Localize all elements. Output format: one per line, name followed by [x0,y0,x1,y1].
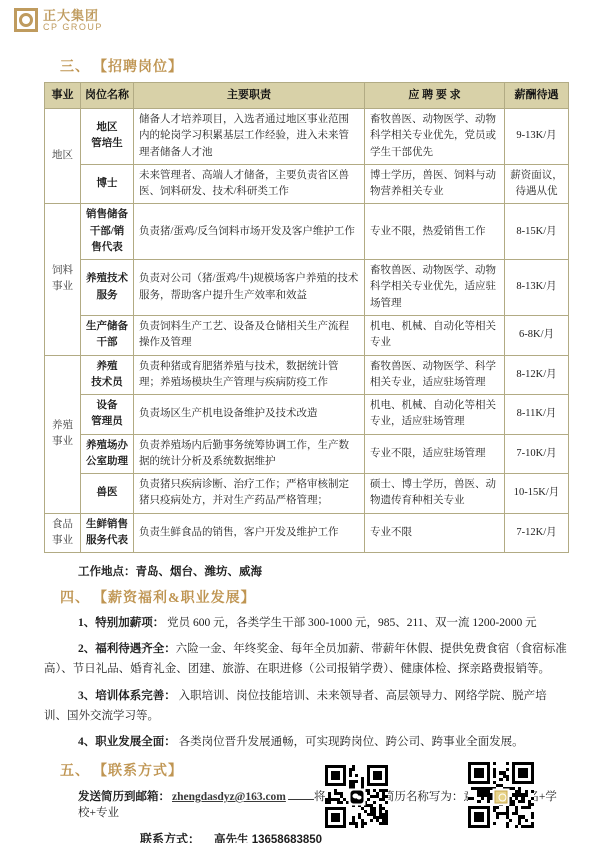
table-row: 兽医 负责猪只疾病诊断、治疗工作；严格审核制定猪只疫病处方，并对生产药品严格管理… [45,474,569,514]
salary-cell: 8-11K/月 [505,395,569,435]
table-row: 食品 事业 生鲜销售 服务代表 负责生鲜食品的销售，客户开发及维护工作 专业不限… [45,513,569,553]
duty-cell: 负责饲料生产工艺、设备及仓储相关生产流程操作及管理 [134,315,365,355]
position-cell: 养殖 技术员 [81,355,134,395]
duty-cell: 负责场区生产机电设备维护及技术改造 [134,395,365,435]
salary-cell: 6-8K/月 [505,315,569,355]
section-number: 三、 [60,60,90,75]
requirement-cell: 机电、机械、自动化等相关专业 [365,315,505,355]
duty-cell: 负责猪/蛋鸡/反刍饲料市场开发及客户维护工作 [134,204,365,260]
col-header-position: 岗位名称 [81,83,134,109]
table-header-row: 事业 岗位名称 主要职责 应 聘 要 求 薪酬待遇 [45,83,569,109]
cp-logo-icon [495,791,508,804]
wechat-icon [350,790,363,803]
position-cell: 博士 [81,164,134,204]
table-row: 地区 地区 管培生 储备人才培养项目，入选者通过地区事业范围内的轮岗学习积累基层… [45,109,569,165]
requirement-cell: 硕士、博士学历，兽医、动物遗传育种相关专业 [365,474,505,514]
section-number: 四、 [60,591,90,606]
section-title: 【招聘岗位】 [100,60,183,75]
requirement-cell: 专业不限，适应驻场管理 [365,434,505,474]
requirement-cell: 畜牧兽医、动物医学、科学相关专业，适应驻场管理 [365,355,505,395]
section-title: 【联系方式】 [100,764,183,779]
phone-label: 联系方式： [140,832,200,843]
benefit-text: 各类岗位晋升发展通畅，可实现跨岗位、跨公司、跨事业全面发展。 [179,736,524,748]
position-cell: 兽医 [81,474,134,514]
duty-cell: 负责猪只疾病诊断、治疗工作；严格审核制定猪只疫病处方，并对生产药品严格管理； [134,474,365,514]
salary-cell: 7-10K/月 [505,434,569,474]
benefit-lead: 4、职业发展全面： [78,736,176,748]
benefit-item-3: 3、培训体系完善： 入职培训、岗位技能培训、未来领导者、高层领导力、网络学院、脱… [44,686,568,726]
wechat-qr-code [325,765,388,828]
requirement-cell: 博士学历，兽医、饲料与动物营养相关专业 [365,164,505,204]
requirement-cell: 专业不限 [365,513,505,553]
position-cell: 生产储备 干部 [81,315,134,355]
position-cell: 生鲜销售 服务代表 [81,513,134,553]
requirement-cell: 畜牧兽医、动物医学、动物科学相关专业优先，党员或学生干部优先 [365,109,505,165]
table-row: 养殖场办 公室助理 负责养殖场内后勤事务统筹协调工作，生产数据的统计分析及系统数… [45,434,569,474]
recruitment-flyer-page: 正大集团 CP GROUP 三、【招聘岗位】 事业 岗位名称 主要职责 应 聘 … [0,0,612,843]
col-header-business: 事业 [45,83,81,109]
requirement-cell: 专业不限，热爱销售工作 [365,204,505,260]
workplace-line: 工作地点：青岛、烟台、潍坊、威海 [78,563,568,579]
position-cell: 养殖场办 公室助理 [81,434,134,474]
table-row: 设备 管理员 负责场区生产机电设备维护及技术改造 机电、机械、自动化等相关专业，… [45,395,569,435]
section-heading-recruit: 三、【招聘岗位】 [60,56,568,76]
salary-cell: 10-15K/月 [505,474,569,514]
benefit-lead: 2、福利待遇齐全： [78,643,176,655]
email-underline-pad [288,788,314,800]
col-header-requirement: 应 聘 要 求 [365,83,505,109]
cp-group-logo: 正大集团 CP GROUP [14,8,103,32]
section-title: 【薪资福利&职业发展】 [100,591,256,606]
benefit-text: 党员 600 元，各类学生干部 300-1000 元，985、211、双一流 1… [167,617,536,629]
duty-cell: 储备人才培养项目，入选者通过地区事业范围内的轮岗学习积累基层工作经验，进入未来管… [134,109,365,165]
col-header-duty: 主要职责 [134,83,365,109]
position-cell: 设备 管理员 [81,395,134,435]
position-cell: 销售储备 干部/销 售代表 [81,204,134,260]
business-cell: 养殖 事业 [45,355,81,513]
table-row: 生产储备 干部 负责饲料生产工艺、设备及仓储相关生产流程操作及管理 机电、机械、… [45,315,569,355]
business-cell: 食品 事业 [45,513,81,553]
duty-cell: 未来管理者、高端人才储备，主要负责省区兽医、饲料研发、技术/科研类工作 [134,164,365,204]
email-label: 发送简历到邮箱： [78,791,170,803]
phone-value: 高先生 13658683850 [214,834,322,843]
salary-cell: 8-13K/月 [505,260,569,316]
salary-cell: 9-13K/月 [505,109,569,165]
requirement-cell: 畜牧兽医、动物医学、动物科学相关专业优先，适应驻场管理 [365,260,505,316]
col-header-salary: 薪酬待遇 [505,83,569,109]
section-number: 五、 [60,764,90,779]
duty-cell: 负责生鲜食品的销售，客户开发及维护工作 [134,513,365,553]
table-row: 饲料 事业 销售储备 干部/销 售代表 负责猪/蛋鸡/反刍饲料市场开发及客户维护… [45,204,569,260]
position-cell: 养殖技术 服务 [81,260,134,316]
requirement-cell: 机电、机械、自动化等相关专业，适应驻场管理 [365,395,505,435]
table-row: 养殖 事业 养殖 技术员 负责种猪或育肥猪养殖与技术，数据统计管理；养殖场模块生… [45,355,569,395]
benefit-item-2: 2、福利待遇齐全：六险一金、年终奖金、每年全员加薪、带薪年休假、提供免费食宿（食… [44,639,568,679]
benefit-lead: 3、培训体系完善： [78,690,176,702]
table-row: 养殖技术 服务 负责对公司（猪/蛋鸡/牛)规模场客户养殖的技术服务，帮助客户提升… [45,260,569,316]
brand-name-cn: 正大集团 [43,9,103,23]
business-cell: 地区 [45,109,81,204]
jobs-table: 事业 岗位名称 主要职责 应 聘 要 求 薪酬待遇 地区 地区 管培生 储备人才… [44,82,569,553]
salary-cell: 8-12K/月 [505,355,569,395]
benefit-item-4: 4、职业发展全面： 各类岗位晋升发展通畅，可实现跨岗位、跨公司、跨事业全面发展。 [44,732,568,752]
duty-cell: 负责种猪或育肥猪养殖与技术，数据统计管理；养殖场模块生产管理与疾病防疫工作 [134,355,365,395]
benefit-item-1: 1、特别加薪项： 党员 600 元，各类学生干部 300-1000 元，985、… [44,613,568,633]
email-link[interactable]: zhengdasdyz@163.com [172,791,286,803]
position-cell: 地区 管培生 [81,109,134,165]
benefit-lead: 1、特别加薪项： [78,617,164,629]
table-row: 博士 未来管理者、高端人才储备，主要负责省区兽医、饲料研发、技术/科研类工作 博… [45,164,569,204]
duty-cell: 负责养殖场内后勤事务统筹协调工作，生产数据的统计分析及系统数据维护 [134,434,365,474]
section-heading-benefit: 四、【薪资福利&职业发展】 [60,587,568,607]
business-cell: 饲料 事业 [45,204,81,355]
cp-group-qr-code [468,762,534,832]
brand-name-en: CP GROUP [43,23,103,32]
cp-group-logo-icon [14,8,38,32]
salary-cell: 8-15K/月 [505,204,569,260]
salary-cell: 薪资面议，待遇从优 [505,164,569,204]
duty-cell: 负责对公司（猪/蛋鸡/牛)规模场客户养殖的技术服务，帮助客户提升生产效率和效益 [134,260,365,316]
salary-cell: 7-12K/月 [505,513,569,553]
